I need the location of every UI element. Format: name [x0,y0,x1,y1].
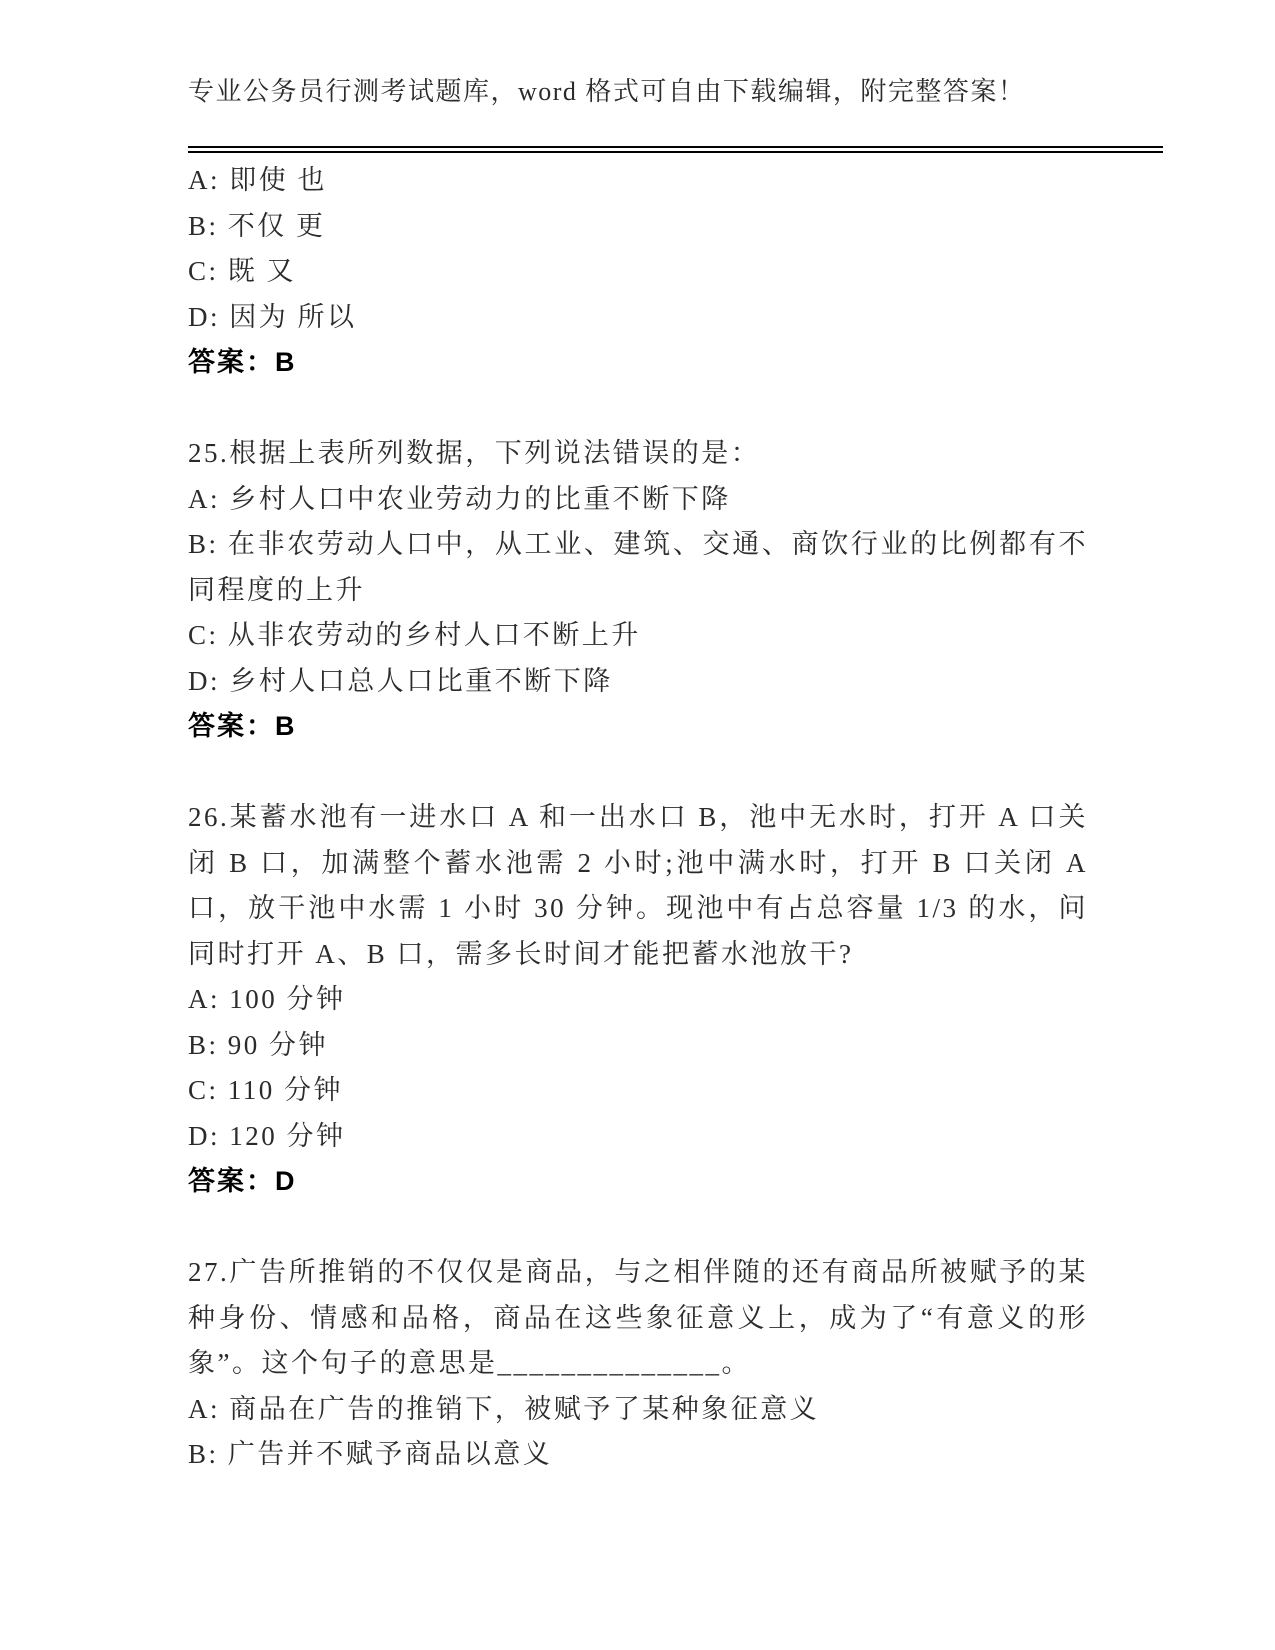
question-24-option-b: B: 不仅 更 [188,204,1088,250]
question-25-answer: 答案：B [188,704,1088,750]
question-27-option-a: A: 商品在广告的推销下，被赋予了某种象征意义 [188,1387,1088,1433]
header-double-rule [188,146,1163,153]
question-25-option-d: D: 乡村人口总人口比重不断下降 [188,659,1088,705]
question-26-stem: 26.某蓄水池有一进水口 A 和一出水口 B，池中无水时，打开 A 口关闭 B … [188,795,1088,977]
question-24-option-a: A: 即使 也 [188,158,1088,204]
question-27-option-b: B: 广告并不赋予商品以意义 [188,1432,1088,1478]
question-27-stem: 27.广告所推销的不仅仅是商品，与之相伴随的还有商品所被赋予的某种身份、情感和品… [188,1250,1088,1387]
question-24-answer: 答案：B [188,340,1088,386]
question-25-option-c: C: 从非农劳动的乡村人口不断上升 [188,613,1088,659]
page-header: 专业公务员行测考试题库，word 格式可自由下载编辑，附完整答案！ [0,0,1275,153]
question-25-option-b: B: 在非农劳动人口中，从工业、建筑、交通、商饮行业的比例都有不同程度的上升 [188,522,1088,613]
question-26: 26.某蓄水池有一进水口 A 和一出水口 B，池中无水时，打开 A 口关闭 B … [188,795,1088,1205]
header-title: 专业公务员行测考试题库，word 格式可自由下载编辑，附完整答案！ [0,0,1088,108]
question-26-answer: 答案：D [188,1159,1088,1205]
question-26-option-d: D: 120 分钟 [188,1114,1088,1160]
question-25-option-a: A: 乡村人口中农业劳动力的比重不断下降 [188,477,1088,523]
question-26-option-b: B: 90 分钟 [188,1023,1088,1069]
question-24-options-block: A: 即使 也 B: 不仅 更 C: 既 又 D: 因为 所以 答案：B [188,158,1088,386]
question-24-option-d: D: 因为 所以 [188,295,1088,341]
document-body: A: 即使 也 B: 不仅 更 C: 既 又 D: 因为 所以 答案：B 25.… [188,158,1088,1478]
question-26-option-a: A: 100 分钟 [188,977,1088,1023]
question-26-option-c: C: 110 分钟 [188,1068,1088,1114]
question-25-stem: 25.根据上表所列数据，下列说法错误的是： [188,431,1088,477]
question-24-option-c: C: 既 又 [188,249,1088,295]
question-25: 25.根据上表所列数据，下列说法错误的是： A: 乡村人口中农业劳动力的比重不断… [188,431,1088,750]
document-page: 专业公务员行测考试题库，word 格式可自由下载编辑，附完整答案！ A: 即使 … [0,0,1275,1650]
question-27: 27.广告所推销的不仅仅是商品，与之相伴随的还有商品所被赋予的某种身份、情感和品… [188,1250,1088,1478]
